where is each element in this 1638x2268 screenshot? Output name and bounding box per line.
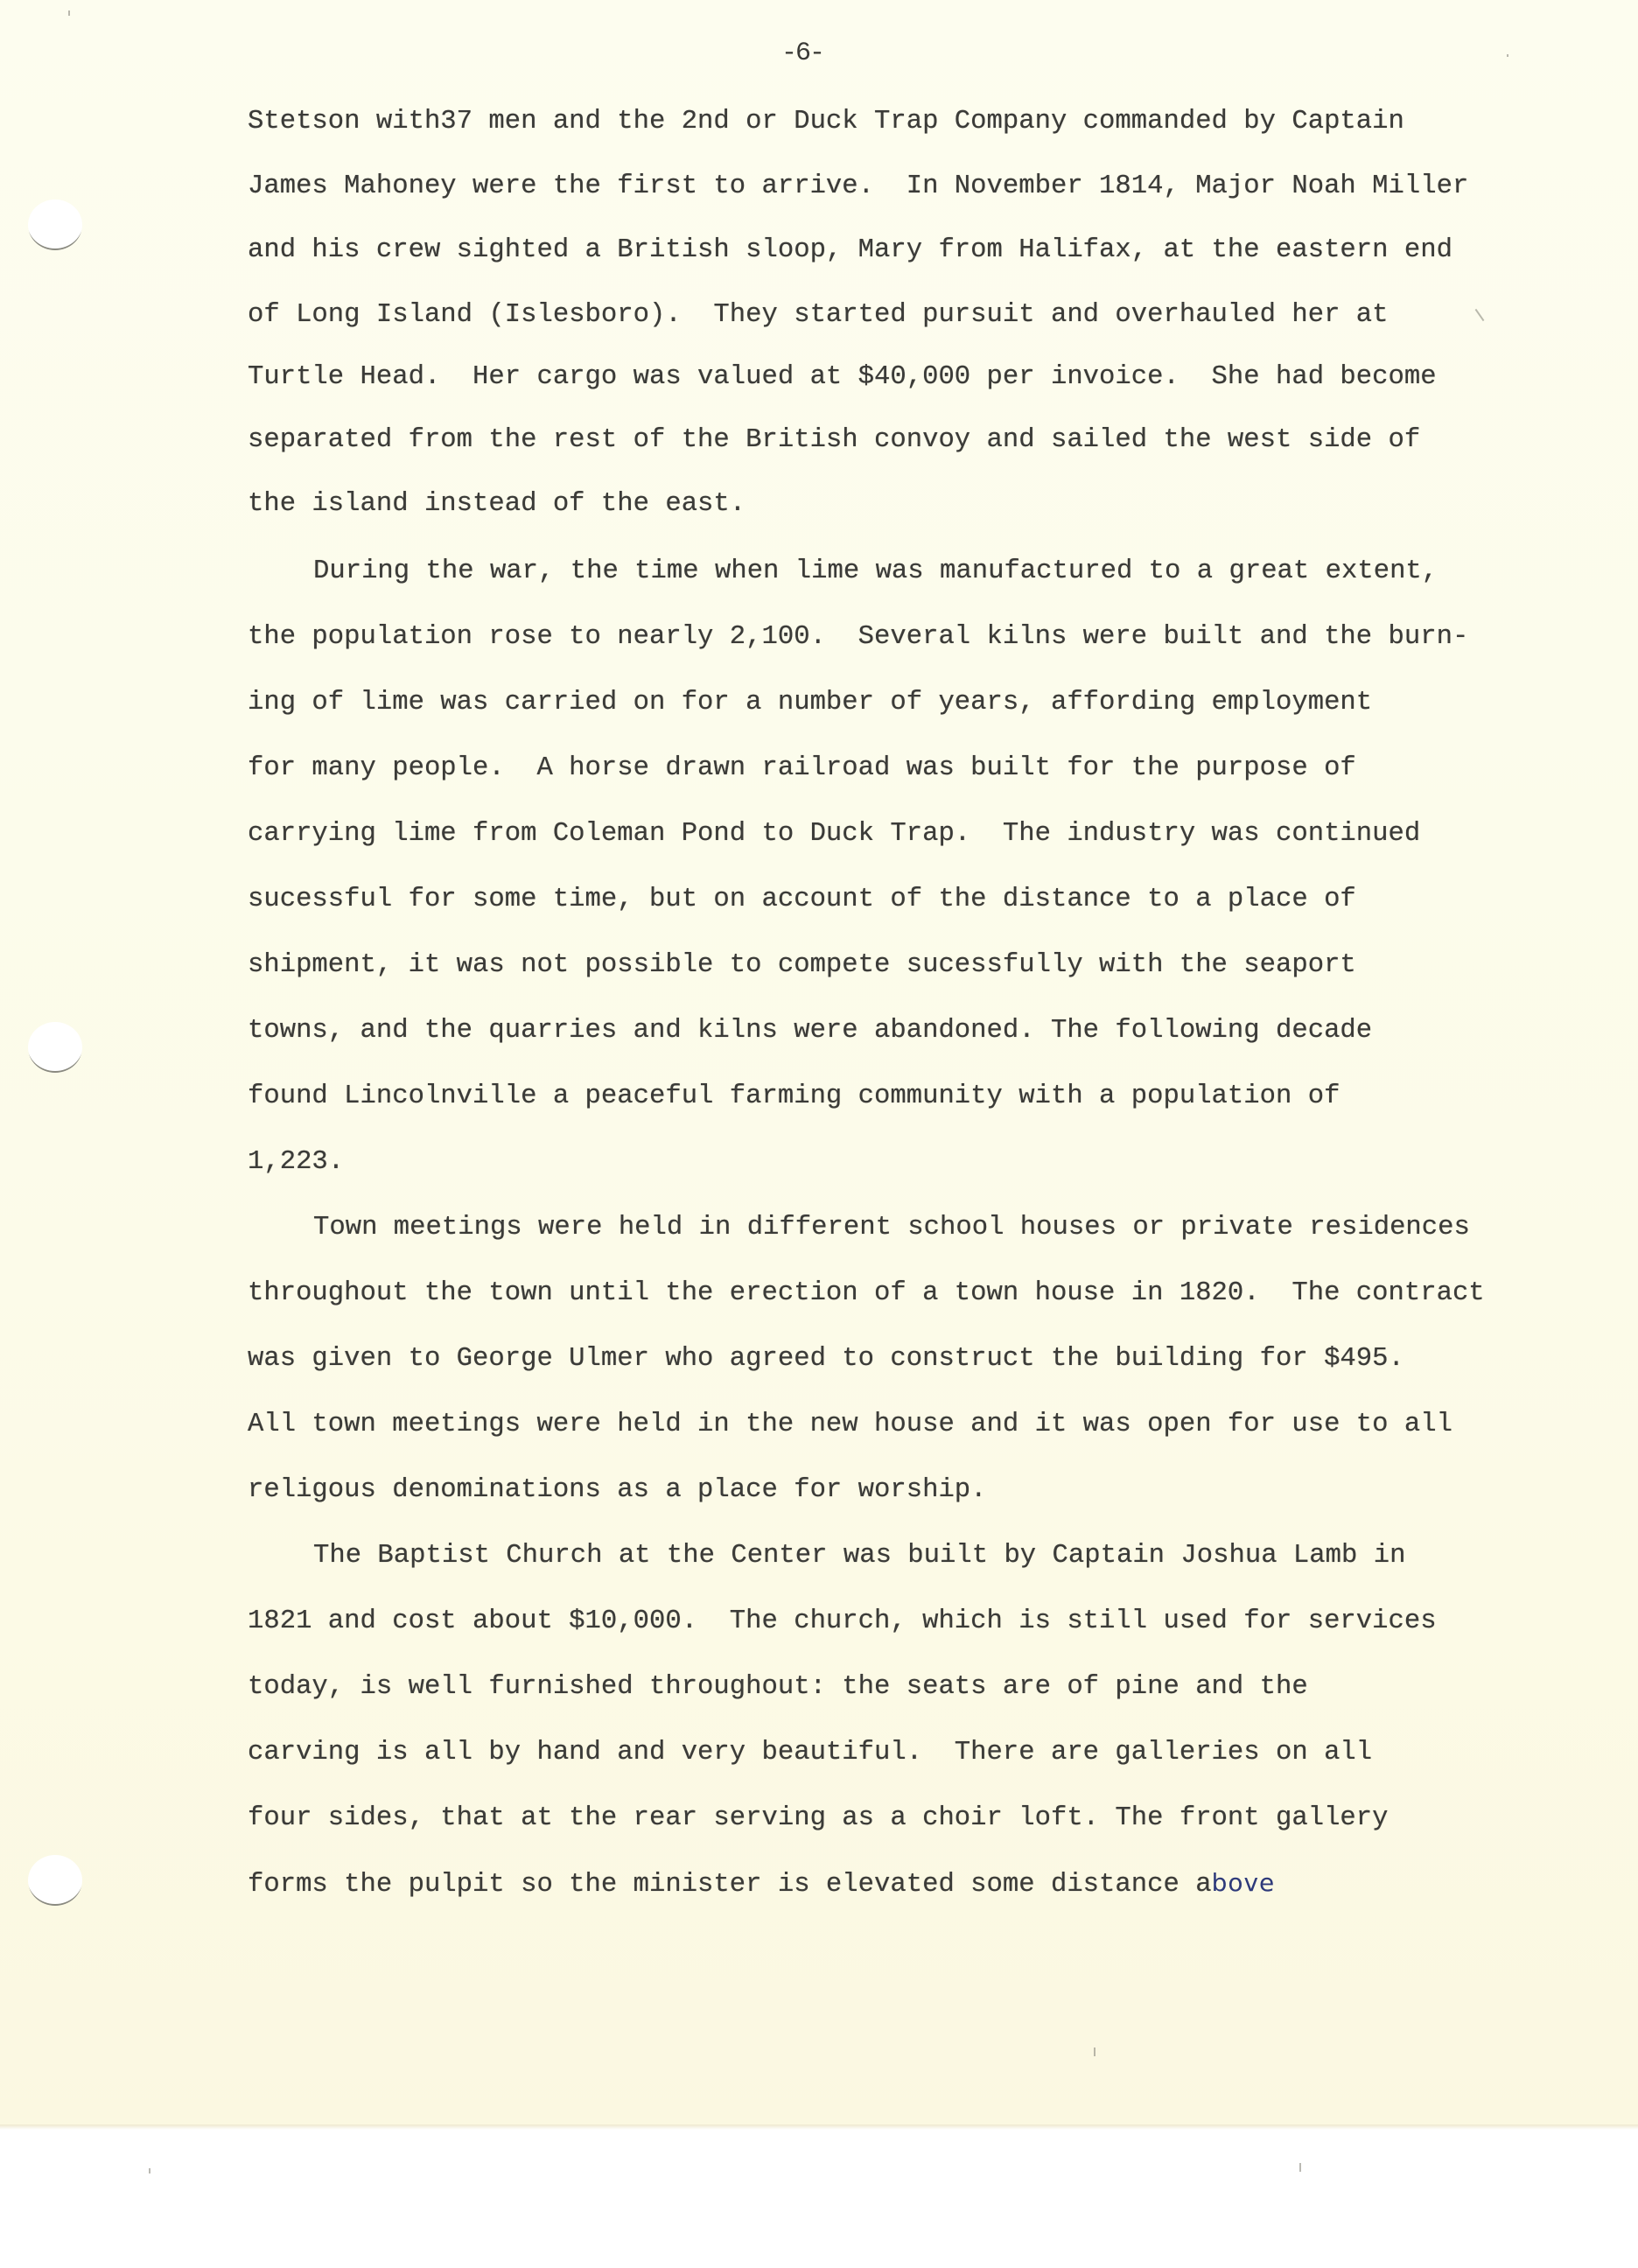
text-line: carrying lime from Coleman Pond to Duck …: [248, 821, 1420, 850]
text-line: the island instead of the east.: [248, 491, 745, 521]
text-line: and his crew sighted a British sloop, Ma…: [248, 237, 1452, 267]
paper-mark: [149, 2168, 150, 2173]
text-line: ing of lime was carried on for a number …: [248, 689, 1372, 719]
text-line: throughout the town until the erection o…: [248, 1280, 1485, 1310]
paper-mark: [68, 10, 70, 16]
text-line: for many people. A horse drawn railroad …: [248, 755, 1356, 785]
punch-hole-top: [28, 199, 82, 250]
text-line: Turtle Head. Her cargo was valued at $40…: [248, 364, 1437, 394]
paper-mark: [1299, 2163, 1301, 2172]
text-line: was given to George Ulmer who agreed to …: [248, 1346, 1404, 1375]
text-line: separated from the rest of the British c…: [248, 427, 1420, 457]
text-line: During the war, the time when lime was m…: [313, 558, 1438, 588]
typed-body: Stetson with37 men and the 2nd or Duck T…: [248, 0, 1560, 963]
text-line: The Baptist Church at the Center was bui…: [313, 1543, 1405, 1572]
text-line: 1821 and cost about $10,000. The church,…: [248, 1608, 1437, 1638]
text-line-last: forms the pulpit so the minister is elev…: [248, 1871, 1275, 1900]
text-line: sucessful for some time, but on account …: [248, 886, 1356, 916]
text-line: religous denominations as a place for wo…: [248, 1477, 987, 1507]
punch-hole-middle: [28, 1022, 82, 1073]
text-line: All town meetings were held in the new h…: [248, 1411, 1452, 1441]
text-line: Town meetings were held in different sch…: [313, 1214, 1470, 1244]
text-line: four sides, that at the rear serving as …: [248, 1805, 1389, 1835]
handwritten-correction: bove: [1212, 1868, 1276, 1897]
text-line: James Mahoney were the first to arrive. …: [248, 173, 1468, 203]
punch-hole-bottom: [28, 1855, 82, 1906]
text-line: towns, and the quarries and kilns were a…: [248, 1018, 1372, 1047]
paper-bottom-edge: [0, 2124, 1638, 2130]
text-line: Stetson with37 men and the 2nd or Duck T…: [248, 108, 1404, 138]
text-line: the population rose to nearly 2,100. Sev…: [248, 624, 1468, 654]
text-line: today, is well furnished throughout: the…: [248, 1674, 1308, 1704]
text-line: shipment, it was not possible to compete…: [248, 952, 1356, 982]
paper-mark: [1094, 2047, 1095, 2056]
typed-fragment: forms the pulpit so the minister is elev…: [248, 1870, 1212, 1900]
text-line: found Lincolnville a peaceful farming co…: [248, 1083, 1340, 1113]
text-line: 1,223.: [248, 1149, 344, 1179]
text-line: of Long Island (Islesboro). They started…: [248, 302, 1389, 332]
text-line: carving is all by hand and very beautifu…: [248, 1739, 1372, 1769]
